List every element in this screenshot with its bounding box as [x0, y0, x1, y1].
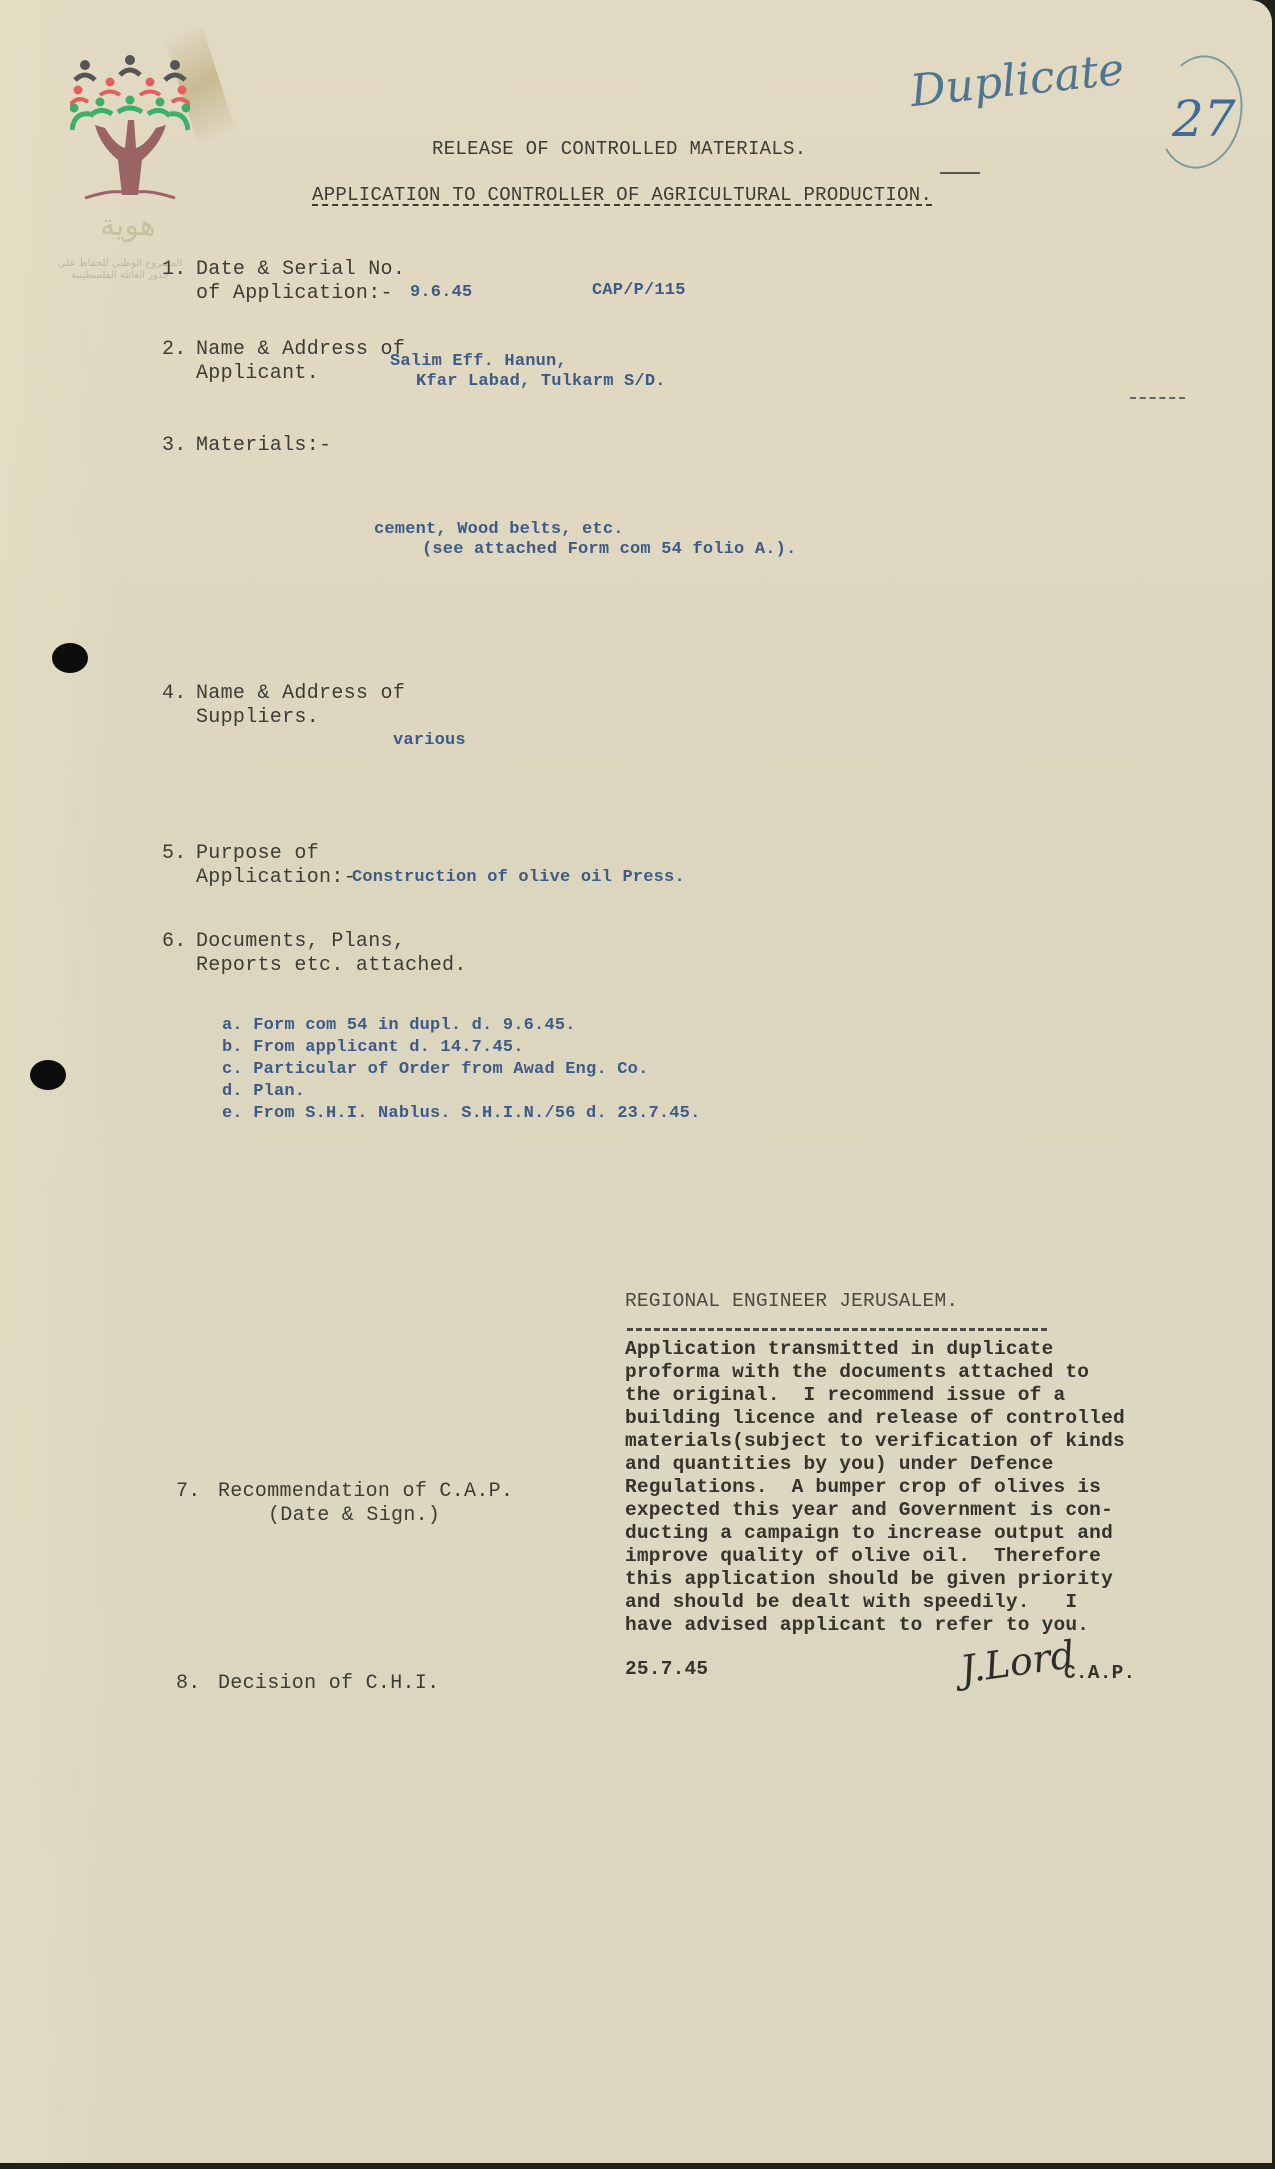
- field-1-label-line2: of Application:-: [196, 282, 393, 306]
- field-6-label-line1: Documents, Plans,: [196, 930, 405, 954]
- attachment-a: a. Form com 54 in dupl. d. 9.6.45.: [222, 1016, 576, 1036]
- purpose-value: Construction of olive oil Press.: [352, 868, 685, 888]
- field-5-number: 5.: [162, 842, 187, 866]
- recommendation-line: expected this year and Government is con…: [625, 1499, 1113, 1522]
- field-2-number: 2.: [162, 338, 187, 362]
- title-rule: [940, 172, 980, 174]
- signature: J.Lord: [957, 1632, 1077, 1692]
- recommendation-date: 25.7.45: [625, 1658, 708, 1681]
- circled-number-mark: [1149, 49, 1252, 176]
- recommendation-line: and should be dealt with speedily. I: [625, 1591, 1077, 1614]
- field-4-number: 4.: [162, 682, 187, 706]
- recommendation-line: materials(subject to verification of kin…: [625, 1430, 1125, 1453]
- recommendation-line: proforma with the documents attached to: [625, 1361, 1089, 1384]
- recommendation-line: the original. I recommend issue of a: [625, 1384, 1065, 1407]
- field-8-number: 8.: [176, 1672, 201, 1696]
- punch-hole: [52, 643, 88, 673]
- attachment-e: e. From S.H.I. Nablus. S.H.I.N./56 d. 23…: [222, 1104, 700, 1124]
- attachment-c: c. Particular of Order from Awad Eng. Co…: [222, 1060, 648, 1080]
- punch-hole: [30, 1060, 66, 1090]
- field-4-label-line2: Suppliers.: [196, 706, 319, 730]
- field-5-label-line2: Application:-: [196, 866, 356, 890]
- materials-list: cement, Wood belts, etc.: [374, 520, 624, 540]
- recommendation-line: this application should be given priorit…: [625, 1568, 1113, 1591]
- recommendation-line: have advised applicant to refer to you.: [625, 1614, 1089, 1637]
- field-4-label-line1: Name & Address of: [196, 682, 405, 706]
- field-6-number: 6.: [162, 930, 187, 954]
- recommendation-line: building licence and release of controll…: [625, 1407, 1125, 1430]
- field-3-number: 3.: [162, 434, 187, 458]
- suppliers-value: various: [393, 731, 466, 751]
- recommendation-line: and quantities by you) under Defence: [625, 1453, 1053, 1476]
- field-1-label-line1: Date & Serial No.: [196, 258, 405, 282]
- field-7-label-line1: Recommendation of C.A.P.: [218, 1480, 513, 1504]
- watermark-arabic-word: هوية: [100, 208, 156, 243]
- recommendation-line: Application transmitted in duplicate: [625, 1338, 1053, 1361]
- recommendation-line: improve quality of olive oil. Therefore: [625, 1545, 1101, 1568]
- applicant-address: Kfar Labad, Tulkarm S/D.: [416, 372, 666, 392]
- addressee-underline: [627, 1328, 1047, 1331]
- field-8-label: Decision of C.H.I.: [218, 1672, 439, 1696]
- document-title: RELEASE OF CONTROLLED MATERIALS.: [432, 137, 806, 161]
- handwritten-duplicate-note: Duplicate: [908, 44, 1127, 117]
- applicant-name: Salim Eff. Hanun,: [390, 352, 567, 372]
- recommendation-line: ducting a campaign to increase output an…: [625, 1522, 1113, 1545]
- attachment-b: b. From applicant d. 14.7.45.: [222, 1038, 524, 1058]
- field-7-number: 7.: [176, 1480, 201, 1504]
- margin-mark: [1130, 397, 1185, 399]
- materials-reference: (see attached Form com 54 folio A.).: [422, 540, 796, 560]
- recommendation-addressee: REGIONAL ENGINEER JERUSALEM.: [625, 1290, 958, 1313]
- document-subtitle: APPLICATION TO CONTROLLER OF AGRICULTURA…: [312, 183, 932, 207]
- application-date: 9.6.45: [410, 283, 472, 303]
- field-1-number: 1.: [162, 258, 187, 282]
- field-5-label-line1: Purpose of: [196, 842, 319, 866]
- field-2-label-line2: Applicant.: [196, 362, 319, 386]
- recommendation-line: Regulations. A bumper crop of olives is: [625, 1476, 1101, 1499]
- field-2-label-line1: Name & Address of: [196, 338, 405, 362]
- signatory-title: C.A.P.: [1064, 1662, 1135, 1685]
- field-6-label-line2: Reports etc. attached.: [196, 954, 467, 978]
- document-page: هوية المشروع الوطني للحفاظ على جذور العا…: [0, 0, 1272, 2163]
- field-7-label-line2: (Date & Sign.): [268, 1504, 440, 1528]
- attachment-d: d. Plan.: [222, 1082, 305, 1102]
- field-3-label: Materials:-: [196, 434, 331, 458]
- application-serial: CAP/P/115: [592, 281, 686, 301]
